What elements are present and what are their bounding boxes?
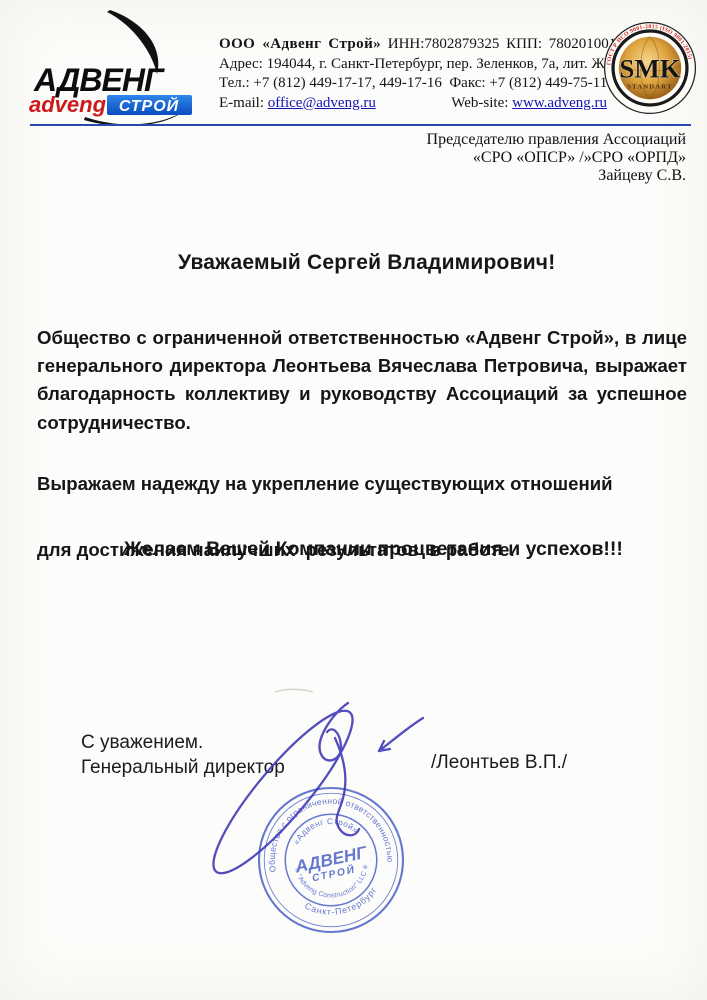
wish-line: Желаем Вашей Компании процветания и успе… [124, 538, 623, 561]
recipient-line-1: Председателю правления Ассоциаций [427, 131, 686, 149]
company-name-line: ООО «Адвенг Строй» ИНН:7802879325 КПП: 7… [219, 35, 609, 55]
logo-suffix: СТРОЙ [119, 95, 179, 115]
closing-line: С уважением. [81, 730, 285, 755]
closing-block: С уважением. Генеральный директор [81, 730, 285, 780]
header-divider [30, 124, 691, 126]
body-paragraph-2: Выражаем надежду на укрепление существую… [37, 429, 613, 605]
recipient-block: Председателю правления Ассоциаций «СРО «… [427, 131, 686, 185]
company-logo: АДВЕНГ adveng СТРОЙ [28, 8, 220, 125]
smk-center-text: SMK [619, 54, 680, 84]
stamp-inner-top-text: «Адвенг Строй» [288, 811, 361, 849]
website-label: Web-site: [451, 95, 512, 111]
pencil-smudge-icon [275, 689, 313, 692]
company-name: ООО «Адвенг Строй» [219, 36, 381, 52]
company-stamp: Общество с ограниченной ответственностью… [256, 784, 406, 936]
body-paragraph-1: Общество с ограниченной ответственностью… [37, 324, 687, 437]
company-address: Адрес: 194044, г. Санкт-Петербург, пер. … [219, 55, 609, 75]
email-wrap: E-mail: office@adveng.ru [219, 94, 376, 114]
smk-badge: ГОСТ Р ИСО 9001-2015 (ISO 9001-2015) SMK… [602, 20, 698, 116]
recipient-line-3: Зайцеву С.В. [427, 167, 686, 185]
website-link[interactable]: www.adveng.ru [512, 95, 607, 111]
director-title: Генеральный директор [81, 755, 285, 780]
smk-standart-text: STANDART [627, 84, 672, 91]
svg-text:«Адвенг Строй»: «Адвенг Строй» [288, 811, 361, 849]
company-contacts-line: E-mail: office@adveng.ru Web-site: www.a… [219, 94, 609, 114]
email-link[interactable]: office@adveng.ru [268, 95, 376, 111]
company-info: ООО «Адвенг Строй» ИНН:7802879325 КПП: 7… [219, 35, 609, 113]
company-phone-fax: Тел.: +7 (812) 449-17-17, 449-17-16 Факс… [219, 74, 609, 94]
company-inn-kpp: ИНН:7802879325 КПП: 780201001 [388, 36, 617, 52]
email-label: E-mail: [219, 95, 268, 111]
body-paragraph-2-line-1: Выражаем надежду на укрепление существую… [37, 473, 613, 495]
signature-name: /Леонтьев В.П./ [431, 752, 567, 774]
salutation: Уважаемый Сергей Владимирович! [178, 251, 555, 275]
recipient-line-2: «СРО «ОПСР» /»СРО «ОРПД» [427, 149, 686, 167]
logo-subtitle-en: adveng [29, 92, 107, 117]
letter-page: АДВЕНГ adveng СТРОЙ ООО «Адвенг Строй» И… [0, 0, 707, 1000]
stamp-group: Общество с ограниченной ответственностью… [256, 784, 406, 936]
website-wrap: Web-site: www.adveng.ru [451, 94, 607, 114]
